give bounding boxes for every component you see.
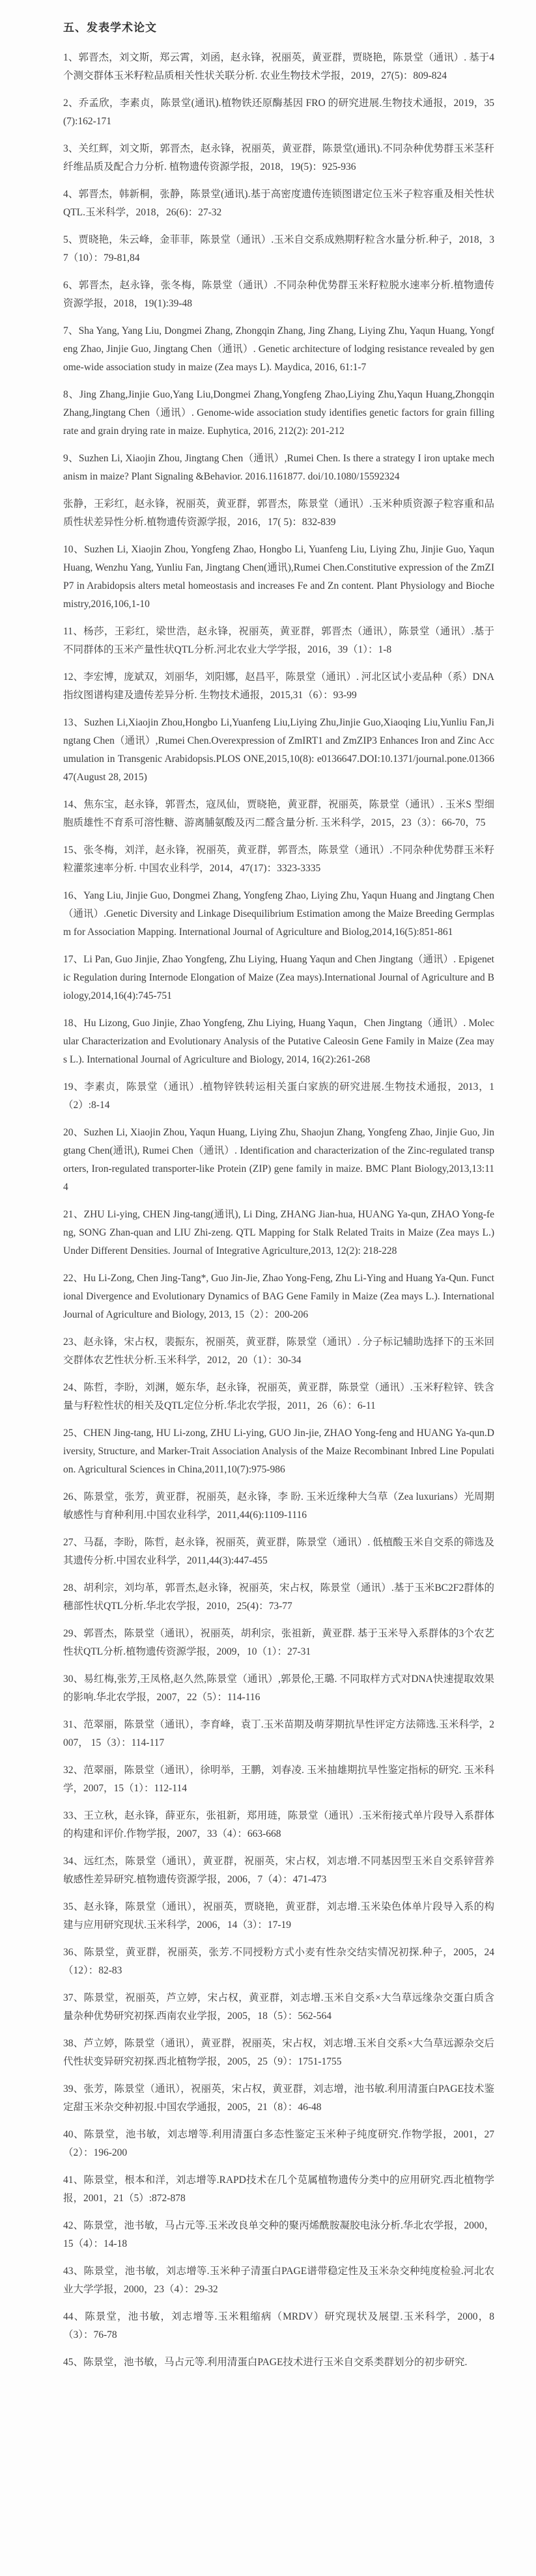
publication-item: 6、郭晋杰，赵永锋，张冬梅，陈景堂（通讯）.不同杂种优势群玉米籽粒脱水速率分析.… xyxy=(63,277,494,313)
publication-item: 22、Hu Li-Zong, Chen Jing-Tang*, Guo Jin-… xyxy=(63,1269,494,1324)
publication-number: 8、 xyxy=(63,389,79,400)
publication-item: 8、Jing Zhang,Jinjie Guo,Yang Liu,Dongmei… xyxy=(63,386,494,441)
publication-item: 4、郭晋杰，韩新桐，张静，陈景堂(通讯).基于高密度遗传连锁图谱定位玉米子粒容重… xyxy=(63,185,494,222)
publication-number: 40、 xyxy=(63,2129,84,2140)
publication-item: 35、赵永锋，陈景堂（通讯），祝丽英，贾晓艳，黄亚群，刘志增.玉米染色体单片段导… xyxy=(63,1898,494,1934)
publication-item: 38、芦立婷，陈景堂（通讯），黄亚群，祝丽英，宋占权，刘志增.玉米自交系×大刍草… xyxy=(63,2035,494,2071)
publication-item: 45、陈景堂，池书敏，马占元等.利用清蛋白PAGE技术进行玉米自交系类群划分的初… xyxy=(63,2353,494,2372)
publication-number: 27、 xyxy=(63,1537,83,1548)
publication-item: 14、焦东宝，赵永锋，郭晋杰，寇凤仙，贾晓艳，黄亚群，祝丽英，陈景堂（通讯）. … xyxy=(63,796,494,832)
publication-number: 45、 xyxy=(63,2357,83,2368)
publication-item: 20、Suzhen Li, Xiaojin Zhou, Yaqun Huang,… xyxy=(63,1124,494,1197)
publication-text: 郭晋杰，赵永锋，张冬梅，陈景堂（通讯）.不同杂种优势群玉米籽粒脱水速率分析.植物… xyxy=(63,280,494,309)
publication-number: 22、 xyxy=(63,1273,83,1284)
publication-number: 38、 xyxy=(63,2038,83,2049)
publication-number: 29、 xyxy=(63,1628,83,1639)
publication-text: 范翠丽，陈景堂（通讯），李育峰，袁丁.玉米苗期及萌芽期抗旱性评定方法筛选.玉米科… xyxy=(63,1719,494,1748)
publication-text: 赵永锋，宋占权，裴振东，祝丽英，黄亚群，陈景堂（通讯）. 分子标记辅助选择下的玉… xyxy=(63,1336,494,1366)
publication-item: 37、陈景堂，祝丽英，芦立婷，宋占权，黄亚群，刘志增.玉米自交系×大刍草远缘杂交… xyxy=(63,1989,494,2026)
publication-text: 张静，王彩红，赵永锋，祝丽英，黄亚群，郭晋杰，陈景堂（通讯）.玉米种质资源子粒容… xyxy=(63,498,494,528)
publication-number: 35、 xyxy=(63,1901,84,1912)
publication-number: 37、 xyxy=(63,1992,84,2003)
publication-number: 41、 xyxy=(63,2175,83,2186)
publication-item: 3、关红辉，刘文斯，郭晋杰，赵永锋，祝丽英，黄亚群，陈景堂(通讯).不同杂种优势… xyxy=(63,140,494,176)
publication-text: 关红辉，刘文斯，郭晋杰，赵永锋，祝丽英，黄亚群，陈景堂(通讯).不同杂种优势群玉… xyxy=(63,143,494,172)
publication-text: 陈景堂，池书敏，刘志增等.玉米种子清蛋白PAGE谱带稳定性及玉米杂交种纯度检验.… xyxy=(63,2266,494,2295)
document-page: 五、发表学术论文 1、郭晋杰，刘文斯，郑云霄，刘函，赵永锋，祝丽英，黄亚群，贾晓… xyxy=(0,0,536,2576)
publication-number: 23、 xyxy=(63,1336,83,1348)
publication-text: Hu Lizong, Guo Jinjie, Zhao Yongfeng, Zh… xyxy=(63,1018,494,1065)
page-title: 五、发表学术论文 xyxy=(63,18,494,34)
publication-number: 24、 xyxy=(63,1382,83,1393)
publication-item: 23、赵永锋，宋占权，裴振东，祝丽英，黄亚群，陈景堂（通讯）. 分子标记辅助选择… xyxy=(63,1333,494,1370)
publication-item: 15、张冬梅，刘洋，赵永锋，祝丽英，黄亚群，郭晋杰，陈景堂（通讯）.不同杂种优势… xyxy=(63,841,494,878)
publication-number: 4、 xyxy=(63,189,78,200)
publication-text: Li Pan, Guo Jinjie, Zhao Yongfeng, Zhu L… xyxy=(63,954,494,1001)
publication-item: 41、陈景堂，根本和洋，刘志增等.RAPD技术在几个苋属植物遗传分类中的应用研究… xyxy=(63,2171,494,2208)
publication-item: 12、李宏博，庞斌双，刘丽华，刘阳娜，赵昌平，陈景堂（通讯）. 河北区试小麦品种… xyxy=(63,668,494,705)
publication-text: 贾晓艳，朱云峰，金菲菲，陈景堂（通讯）.玉米自交系成熟期籽粒含水量分析.种子，2… xyxy=(63,234,494,264)
publication-item: 5、贾晓艳，朱云峰，金菲菲，陈景堂（通讯）.玉米自交系成熟期籽粒含水量分析.种子… xyxy=(63,231,494,267)
publication-number: 17、 xyxy=(63,954,83,965)
publication-item: 28、胡利宗，刘均革，郭晋杰,赵永锋，祝丽英，宋占权，陈景堂（通讯）.基于玉米B… xyxy=(63,1579,494,1616)
publication-number: 20、 xyxy=(63,1127,83,1138)
publication-item: 44、陈景堂，池书敏，刘志增等.玉米粗缩病（MRDV）研究现状及展望.玉米科学，… xyxy=(63,2308,494,2344)
publication-item: 26、陈景堂，张芳，黄亚群，祝丽英，赵永锋，李 盼. 玉米近缘种大刍草（Zea … xyxy=(63,1488,494,1525)
publication-item: 27、马磊，李盼，陈哲，赵永锋，祝丽英，黄亚群，陈景堂（通讯）. 低植酸玉米自交… xyxy=(63,1534,494,1570)
publication-item: 张静，王彩红，赵永锋，祝丽英，黄亚群，郭晋杰，陈景堂（通讯）.玉米种质资源子粒容… xyxy=(63,495,494,532)
publication-text: 陈景堂，张芳，黄亚群，祝丽英，赵永锋，李 盼. 玉米近缘种大刍草（Zea lux… xyxy=(63,1491,494,1521)
publication-number: 18、 xyxy=(63,1018,84,1029)
publication-text: Jing Zhang,Jinjie Guo,Yang Liu,Dongmei Z… xyxy=(63,389,494,437)
publication-item: 21、ZHU Li-ying, CHEN Jing-tang(通讯), Li D… xyxy=(63,1206,494,1260)
publication-number: 43、 xyxy=(63,2266,84,2277)
publication-number: 31、 xyxy=(63,1719,83,1730)
publication-text: 陈景堂，池书敏，马占元等.玉米改良单交种的聚丙烯酰胺凝胶电泳分析.华北农学报，2… xyxy=(63,2220,494,2249)
publication-list: 1、郭晋杰，刘文斯，郑云霄，刘函，赵永锋，祝丽英，黄亚群，贾晓艳，陈景堂（通讯）… xyxy=(63,49,494,2372)
publication-text: Hu Li-Zong, Chen Jing-Tang*, Guo Jin-Jie… xyxy=(63,1273,494,1320)
publication-item: 40、陈景堂，池书敏，刘志增等.利用清蛋白多态性鉴定玉米种子纯度研究.作物学报，… xyxy=(63,2126,494,2162)
publication-text: 李素贞，陈景堂（通讯）.植物锌铁转运相关蛋白家族的研究进展.生物技术通报，201… xyxy=(63,1081,494,1111)
publication-text: 远红杰，陈景堂（通讯），黄亚群，祝丽英，宋占权，刘志增.不同基因型玉米自交系锌营… xyxy=(63,1856,494,1885)
publication-text: 陈景堂，池书敏，刘志增等.利用清蛋白多态性鉴定玉米种子纯度研究.作物学报，200… xyxy=(63,2129,494,2158)
publication-text: 陈景堂，池书敏，马占元等.利用清蛋白PAGE技术进行玉米自交系类群划分的初步研究… xyxy=(83,2357,467,2368)
publication-text: 杨莎，王彩红，梁世浩，赵永锋，祝丽英，黄亚群，郭晋杰（通讯），陈景堂（通讯）.基… xyxy=(63,626,494,655)
publication-item: 33、王立秋，赵永锋，薛亚东，张祖新，郑用琏，陈景堂（通讯）.玉米衔接式单片段导… xyxy=(63,1807,494,1843)
publication-text: 陈景堂，根本和洋，刘志增等.RAPD技术在几个苋属植物遗传分类中的应用研究.西北… xyxy=(63,2175,494,2204)
publication-text: 张冬梅，刘洋，赵永锋，祝丽英，黄亚群，郭晋杰，陈景堂（通讯）.不同杂种优势群玉米… xyxy=(63,845,494,874)
publication-item: 17、Li Pan, Guo Jinjie, Zhao Yongfeng, Zh… xyxy=(63,951,494,1005)
publication-item: 13、Suzhen Li,Xiaojin Zhou,Hongbo Li,Yuan… xyxy=(63,714,494,787)
publication-number: 2、 xyxy=(63,98,79,109)
publication-number: 10、 xyxy=(63,544,84,555)
publication-number: 36、 xyxy=(63,1947,84,1958)
publication-number: 42、 xyxy=(63,2220,83,2231)
publication-number: 19、 xyxy=(63,1081,84,1092)
publication-number: 16、 xyxy=(63,890,83,901)
publication-text: 焦东宝，赵永锋，郭晋杰，寇凤仙，贾晓艳，黄亚群，祝丽英，陈景堂（通讯）. 玉米S… xyxy=(63,799,494,828)
publication-number: 44、 xyxy=(63,2311,85,2322)
publication-text: 胡利宗，刘均革，郭晋杰,赵永锋，祝丽英，宋占权，陈景堂（通讯）.基于玉米BC2F… xyxy=(63,1582,494,1612)
publication-text: 郭晋杰，韩新桐，张静，陈景堂(通讯).基于高密度遗传连锁图谱定位玉米子粒容重及相… xyxy=(63,189,494,218)
publication-number: 9、 xyxy=(63,453,79,464)
publication-number: 25、 xyxy=(63,1428,83,1439)
publication-item: 29、郭晋杰，陈景堂（通讯），祝丽英，胡利宗，张祖新，黄亚群. 基于玉米导入系群… xyxy=(63,1625,494,1661)
publication-number: 13、 xyxy=(63,717,84,728)
publication-text: 张芳，陈景堂（通讯），祝丽英，宋占权，黄亚群，刘志增，池书敏.利用清蛋白PAGE… xyxy=(63,2083,494,2113)
publication-text: CHEN Jing-tang, HU Li-zong, ZHU Li-ying,… xyxy=(63,1428,494,1475)
publication-item: 39、张芳，陈景堂（通讯），祝丽英，宋占权，黄亚群，刘志增，池书敏.利用清蛋白P… xyxy=(63,2080,494,2117)
publication-number: 1、 xyxy=(63,52,78,63)
publication-item: 16、Yang Liu, Jinjie Guo, Dongmei Zhang, … xyxy=(63,887,494,942)
publication-item: 7、Sha Yang, Yang Liu, Dongmei Zhang, Zho… xyxy=(63,322,494,377)
publication-number: 26、 xyxy=(63,1491,83,1502)
publication-text: 范翠丽，陈景堂（通讯），徐明举，王鹏，刘春凌. 玉米抽雄期抗旱性鉴定指标的研究.… xyxy=(63,1765,494,1794)
publication-text: 陈哲，李盼，刘渊，姬东华，赵永锋，祝丽英，黄亚群，陈景堂（通讯）.玉米籽粒锌、铁… xyxy=(63,1382,494,1411)
publication-item: 43、陈景堂，池书敏，刘志增等.玉米种子清蛋白PAGE谱带稳定性及玉米杂交种纯度… xyxy=(63,2262,494,2299)
publication-text: Suzhen Li, Xiaojin Zhou, Yaqun Huang, Li… xyxy=(63,1127,494,1193)
publication-text: Suzhen Li, Xiaojin Zhou, Yongfeng Zhao, … xyxy=(63,544,494,610)
publication-text: 陈景堂，祝丽英，芦立婷，宋占权，黄亚群，刘志增.玉米自交系×大刍草远缘杂交蛋白质… xyxy=(63,1992,494,2022)
publication-text: 芦立婷，陈景堂（通讯），黄亚群，祝丽英，宋占权，刘志增.玉米自交系×大刍草远源杂… xyxy=(63,2038,494,2067)
publication-item: 30、易红梅,张芳,王凤格,赵久然,陈景堂（通讯）,郭景伦,王璐. 不同取样方式… xyxy=(63,1670,494,1707)
publication-text: 郭晋杰，刘文斯，郑云霄，刘函，赵永锋，祝丽英，黄亚群，贾晓艳，陈景堂（通讯）. … xyxy=(63,52,494,81)
publication-text: Suzhen Li, Xiaojin Zhou, Jingtang Chen（通… xyxy=(63,453,494,482)
publication-text: 易红梅,张芳,王凤格,赵久然,陈景堂（通讯）,郭景伦,王璐. 不同取样方式对DN… xyxy=(63,1674,494,1703)
publication-text: 陈景堂，黄亚群，祝丽英，张芳.不同授粉方式小麦有性杂交结实情况初探.种子，200… xyxy=(63,1947,494,1976)
publication-text: Suzhen Li,Xiaojin Zhou,Hongbo Li,Yuanfen… xyxy=(63,717,494,783)
publication-item: 2、乔孟欣，李素贞，陈景堂(通讯).植物铁还原酶基因 FRO 的研究进展.生物技… xyxy=(63,94,494,131)
publication-item: 11、杨莎，王彩红，梁世浩，赵永锋，祝丽英，黄亚群，郭晋杰（通讯），陈景堂（通讯… xyxy=(63,623,494,659)
publication-text: 乔孟欣，李素贞，陈景堂(通讯).植物铁还原酶基因 FRO 的研究进展.生物技术通… xyxy=(63,98,494,127)
publication-item: 19、李素贞，陈景堂（通讯）.植物锌铁转运相关蛋白家族的研究进展.生物技术通报，… xyxy=(63,1078,494,1115)
publication-number: 6、 xyxy=(63,280,79,291)
publication-number: 12、 xyxy=(63,671,83,683)
publication-number: 15、 xyxy=(63,845,83,856)
publication-number: 3、 xyxy=(63,143,78,154)
publication-item: 9、Suzhen Li, Xiaojin Zhou, Jingtang Chen… xyxy=(63,450,494,486)
publication-number: 5、 xyxy=(63,234,78,245)
publication-number: 33、 xyxy=(63,1810,83,1821)
publication-number: 30、 xyxy=(63,1674,83,1685)
publication-text: 王立秋，赵永锋，薛亚东，张祖新，郑用琏，陈景堂（通讯）.玉米衔接式单片段导入系群… xyxy=(63,1810,494,1839)
publication-text: Yang Liu, Jinjie Guo, Dongmei Zhang, Yon… xyxy=(63,890,494,938)
publication-item: 25、CHEN Jing-tang, HU Li-zong, ZHU Li-yi… xyxy=(63,1424,494,1479)
publication-number: 28、 xyxy=(63,1582,83,1593)
publication-number: 34、 xyxy=(63,1856,84,1867)
publication-item: 34、远红杰，陈景堂（通讯），黄亚群，祝丽英，宋占权，刘志增.不同基因型玉米自交… xyxy=(63,1852,494,1889)
publication-text: 李宏博，庞斌双，刘丽华，刘阳娜，赵昌平，陈景堂（通讯）. 河北区试小麦品种（系）… xyxy=(63,671,494,701)
publication-text: 郭晋杰，陈景堂（通讯），祝丽英，胡利宗，张祖新，黄亚群. 基于玉米导入系群体的3… xyxy=(63,1628,494,1657)
publication-item: 18、Hu Lizong, Guo Jinjie, Zhao Yongfeng,… xyxy=(63,1014,494,1069)
publication-item: 36、陈景堂，黄亚群，祝丽英，张芳.不同授粉方式小麦有性杂交结实情况初探.种子，… xyxy=(63,1944,494,1980)
publication-item: 24、陈哲，李盼，刘渊，姬东华，赵永锋，祝丽英，黄亚群，陈景堂（通讯）.玉米籽粒… xyxy=(63,1379,494,1415)
publication-text: 马磊，李盼，陈哲，赵永锋，祝丽英，黄亚群，陈景堂（通讯）. 低植酸玉米自交系的筛… xyxy=(63,1537,494,1566)
publication-number: 11、 xyxy=(63,626,83,637)
publication-text: 陈景堂，池书敏，刘志增等.玉米粗缩病（MRDV）研究现状及展望.玉米科学，200… xyxy=(63,2311,494,2340)
publication-item: 10、Suzhen Li, Xiaojin Zhou, Yongfeng Zha… xyxy=(63,541,494,614)
publication-number: 32、 xyxy=(63,1765,83,1776)
publication-text: 赵永锋，陈景堂（通讯），祝丽英，贾晓艳，黄亚群，刘志增.玉米染色体单片段导入系的… xyxy=(63,1901,494,1931)
publication-text: ZHU Li-ying, CHEN Jing-tang(通讯), Li Ding… xyxy=(63,1209,494,1256)
publication-item: 42、陈景堂，池书敏，马占元等.玉米改良单交种的聚丙烯酰胺凝胶电泳分析.华北农学… xyxy=(63,2217,494,2253)
publication-item: 31、范翠丽，陈景堂（通讯），李育峰，袁丁.玉米苗期及萌芽期抗旱性评定方法筛选.… xyxy=(63,1716,494,1752)
publication-number: 39、 xyxy=(63,2083,83,2095)
publication-item: 1、郭晋杰，刘文斯，郑云霄，刘函，赵永锋，祝丽英，黄亚群，贾晓艳，陈景堂（通讯）… xyxy=(63,49,494,85)
publication-number: 7、 xyxy=(63,325,79,336)
publication-item: 32、范翠丽，陈景堂（通讯），徐明举，王鹏，刘春凌. 玉米抽雄期抗旱性鉴定指标的… xyxy=(63,1761,494,1798)
publication-number: 14、 xyxy=(63,799,83,810)
publication-number: 21、 xyxy=(63,1209,84,1220)
publication-text: Sha Yang, Yang Liu, Dongmei Zhang, Zhong… xyxy=(63,325,494,373)
